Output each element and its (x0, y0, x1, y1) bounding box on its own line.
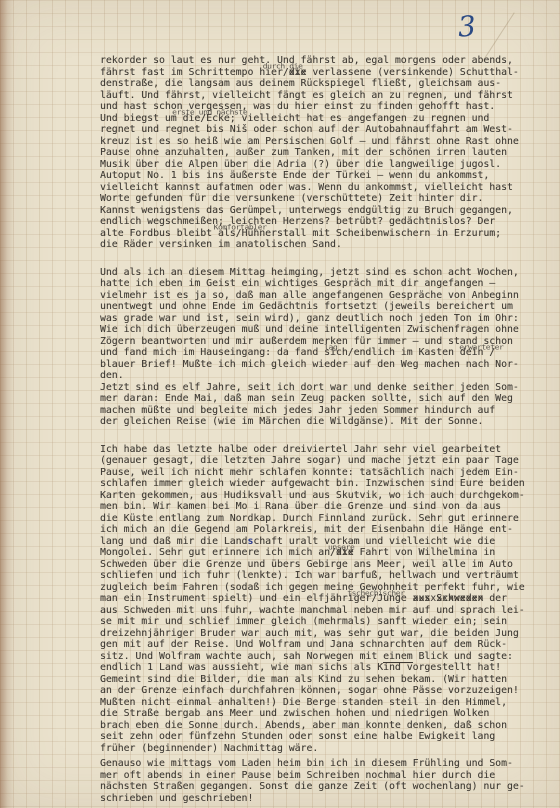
typed-text-segment: endlich 1 Land was aussieht, wie man sic… (100, 662, 501, 673)
typewritten-line: läuft. Und fährst, vielleicht fängt es g… (100, 90, 525, 102)
typed-text-segment: den. (100, 370, 124, 381)
typed-text-segment: men bin. Wir kamen bei Mo i Rana über di… (100, 501, 501, 512)
typed-text-segment: mer daran: Ende Mai, daß man sein Zeug p… (100, 393, 513, 404)
typed-text-segment: seit zehn oder fünfzehn Stunden oder son… (100, 731, 495, 742)
typewritten-line: und hast schon vergessen, was du hier ei… (100, 101, 525, 113)
typewritten-line: Gemeint sind die Bilder, die man als Kin… (100, 674, 525, 686)
typed-text-segment: denstraße, die langsam aus deinem Rücksp… (100, 78, 501, 89)
typewritten-line: und fand mich im Hauseingang: da fand la… (100, 347, 525, 359)
typewritten-line: kreuz ist es so heiß wie am Persischen G… (100, 136, 525, 148)
typed-text-segment: die Räder versinken im anatolischen Sand… (100, 239, 342, 250)
typed-text-segment: und fand mich im Hauseingang: da fand (100, 347, 324, 358)
overtype-x-marks: xxxxxxxxxxxx (413, 593, 484, 605)
typed-text-segment: an der Grenze einfach durchfahren können… (100, 685, 519, 696)
typewritten-line: hatte ich eben im Geist ein wichtiges Ge… (100, 278, 525, 290)
overtype-x-marks: xxx (289, 67, 307, 79)
paragraph: rekorder so laut es nur geht. Und fährst… (100, 55, 525, 251)
typewritten-line: dreizehnjähriger Bruder war auch mit, wa… (100, 628, 525, 640)
typed-text-segment: Worte gefunden für die versunkene (versc… (100, 193, 483, 204)
typewritten-line: Pause ohne anzuhalten, außer zum Tanken,… (100, 147, 525, 159)
typed-text-segment: unentwegt und ohne Ende im Gedächtnis fo… (100, 301, 513, 312)
handwritten-insertion: erste und nächste (172, 107, 247, 118)
typewritten-line: sitz. Und Wolfram wachte auch, sah Norwe… (100, 651, 525, 663)
typed-text-segment: sitz. Und Wolfram wachte auch, sah Norwe… (100, 651, 383, 662)
typewritten-line: Kannst wenigstens das Gerümpel, unterweg… (100, 205, 525, 217)
typewritten-line: endlich wegschmeißen; leichten Herzens? … (100, 216, 525, 228)
typewritten-line: aus Schweden mit uns fuhr, wachte manchm… (100, 605, 525, 617)
typed-text-segment: fährst fast im Schrittempo hier/ (100, 67, 289, 78)
typed-text-segment: nächsten Straßen gegangen. Sonst die gan… (100, 781, 525, 792)
overtype-x-marks: xxx (336, 547, 354, 559)
typewritten-line: ich mich an die Gegend am Polarkreis, mi… (100, 524, 525, 536)
typed-text-segment: Mongolei. Sehr gut erinnere ich mich an/ (100, 547, 336, 558)
typewritten-line: den. (100, 370, 525, 382)
typed-text-segment: vielmehr ist es ja so, daß man alle ange… (100, 290, 519, 301)
typed-text-segment: Musik über die Alpen über die Adria (?) … (100, 159, 501, 170)
typewritten-line: mer daran: Ende Mai, daß man sein Zeug p… (100, 393, 525, 405)
typed-text-segment: se mit mir und schlief immer gleich (meh… (100, 616, 507, 627)
typewritten-line: se mit mir und schlief immer gleich (meh… (100, 616, 525, 628)
typed-text-segment: Pause, weil ich nicht mehr schlafen konn… (100, 467, 519, 478)
typed-text-segment: endlich wegschmeißen; leichten Herzens? … (100, 216, 495, 227)
typed-text-segment: Ich habe das letzte halbe oder dreiviert… (100, 444, 501, 455)
typed-text-segment: Hühnerstall mit Scheibenwischern in Erzu… (242, 228, 502, 239)
typed-text-segment: schrieben und geschrieben! (100, 793, 253, 804)
typed-text-segment: läuft. Und fährst, vielleicht fängt es g… (100, 90, 513, 101)
typewritten-line: früher (beginnender) Nachmittag wäre. (100, 743, 525, 755)
typewritten-line: blauer Brief! Mußte ich mich gleich wied… (100, 359, 525, 371)
typed-text-segment: hatte ich eben im Geist ein wichtiges Ge… (100, 278, 495, 289)
typewritten-line: Autoput No. 1 bis ins äußerste Ende der … (100, 170, 525, 182)
typed-text-segment: und hast schon vergessen, was du hier ei… (100, 101, 495, 112)
typed-text-segment: Kannst wenigstens das Gerümpel, unterweg… (100, 205, 513, 216)
typewritten-line: denstraße, die langsam aus deinem Rücksp… (100, 78, 525, 90)
typed-text-segment: lang und daß mir die Land (100, 536, 247, 547)
handwritten-insertion: erwarteter (459, 341, 503, 352)
typewritten-line: unentwegt und ohne Ende im Gedächtnis fo… (100, 301, 525, 313)
typewritten-line: schrieben und geschrieben! (100, 793, 525, 805)
typed-text-segment: die Straße bergab ans Meer und zwischen … (100, 708, 489, 719)
typewritten-line: Worte gefunden für die versunkene (versc… (100, 193, 525, 205)
typewritten-line: machen müßte und begleite mich jedes Jah… (100, 405, 525, 417)
typed-text-segment: regnet und regnet bis Niš oder schon auf… (100, 124, 513, 135)
typed-text-segment: Zögern beantworten und mir außerdem merk… (100, 336, 513, 347)
typewritten-line: alte Fordbus bleibt als/KomfortablerHühn… (100, 228, 525, 240)
typewritten-line: nächsten Straßen gegangen. Sonst die gan… (100, 781, 525, 793)
typewritten-line: was grade war und ist, sein wird), ganz … (100, 313, 525, 325)
typewritten-line: Ich habe das letzte halbe oder dreiviert… (100, 444, 525, 456)
typed-text-segment: früher (beginnender) Nachmittag wäre. (100, 743, 318, 754)
typed-text-segment: Autoput No. 1 bis ins äußerste Ende der … (100, 170, 489, 181)
typewritten-line: Mußten nicht einmal anhalten!) Die Berge… (100, 697, 525, 709)
typed-text-segment: Ecke; vielleicht hat es angefangen zu re… (206, 113, 489, 124)
typewritten-line: der gleichen Reise (wie im Märchen die W… (100, 416, 525, 428)
typed-text-segment: Genauso wie mittags vom Laden heim bin i… (100, 758, 513, 769)
typewritten-line: brach eben die Sonne durch. Abends, aber… (100, 720, 525, 732)
typewritten-line: Und biegst um die/erste und nächsteEcke;… (100, 113, 525, 125)
typewritten-line: lang und daß mir die Landschaft uralt vo… (100, 536, 525, 548)
typed-text-segment: rekorder so laut es nur geht. Und fährst… (100, 55, 513, 66)
paragraph: Genauso wie mittags vom Laden heim bin i… (100, 758, 525, 804)
typewritten-line: Genauso wie mittags vom Laden heim bin i… (100, 758, 525, 770)
typewritten-line: Karten gekommen, aus Hudiksvall und aus … (100, 490, 525, 502)
typewritten-line: die Räder versinken im anatolischen Sand… (100, 239, 525, 251)
typed-text-segment: die Küste entlang zum Nordkap. Durch Fin… (100, 513, 519, 524)
typed-text-segment: aus Schweden mit uns fuhr, wachte manchm… (100, 605, 525, 616)
typed-text-segment: Schweden über die Grenze und übers Gebir… (100, 559, 513, 570)
handwritten-insertion: Komfortabler (214, 222, 267, 233)
typed-text-segment: ich mich an die Gegend am Polarkreis, mi… (100, 524, 513, 535)
paragraph: Ich habe das letzte halbe oder dreiviert… (100, 444, 525, 755)
typewritten-line: Schweden über die Grenze und übers Gebir… (100, 559, 525, 571)
typewritten-line: endlich 1 Land was aussieht, wie man sic… (100, 662, 525, 674)
typewritten-line: rekorder so laut es nur geht. Und fährst… (100, 55, 525, 67)
typed-text-segment: Und als ich an diesem Mittag heimging, j… (100, 267, 519, 278)
handwritten-insertion: tschechischer (347, 587, 404, 598)
typed-text-segment: was grade war und ist, sein wird), ganz … (100, 313, 519, 324)
typed-text-segment: schliefen und ich fuhr (lenkte). Ich war… (100, 570, 519, 581)
typewritten-line: die Straße bergab ans Meer und zwischen … (100, 708, 525, 720)
typed-text: rekorder so laut es nur geht. Und fährst… (100, 55, 525, 804)
typed-text-segment: Jetzt sind es elf Jahre, seit ich dort w… (100, 382, 519, 393)
typed-text-segment: gen mit auf der Reise. Und Wolfram und J… (100, 639, 507, 650)
page-number: 3 (457, 9, 477, 43)
overtyped-deletion: aus Schwedenxxxxxxxxxxxx (413, 593, 484, 605)
typed-text-segment: der gleichen Reise (wie im Märchen die W… (100, 416, 483, 427)
typewritten-line: schlafen immer gleich wieder aufgewacht … (100, 478, 525, 490)
typed-text-segment: Blick und sagte: (413, 651, 513, 662)
typewritten-line: gen mit auf der Reise. Und Wolfram und J… (100, 639, 525, 651)
typed-text-segment: Wie ich dich überzeugen muß und deine in… (100, 324, 519, 335)
typed-text-segment: brach eben die Sonne durch. Abends, aber… (100, 720, 507, 731)
typewritten-line: mer oft abends in einer Pause beim Schre… (100, 770, 525, 782)
typewritten-line: regnet und regnet bis Niš oder schon auf… (100, 124, 525, 136)
typed-text-segment: dreizehnjähriger Bruder war auch mit, wa… (100, 628, 519, 639)
typed-text-segment: zugleich beim Fahren (sodaß ich gegen me… (100, 582, 525, 593)
typed-text-segment: der (483, 593, 507, 604)
typed-text-segment: Fahrt von Wilhelmina in (354, 547, 496, 558)
overtyped-deletion: diexxx (336, 547, 354, 559)
handwritten-insertion: lag (324, 341, 337, 352)
typewritten-line: seit zehn oder fünfzehn Stunden oder son… (100, 731, 525, 743)
typed-text-segment: Mußten nicht einmal anhalten!) Die Berge… (100, 697, 507, 708)
typed-text-segment: (genauer gesagt, die letzten Jahre sogar… (100, 455, 519, 466)
typewritten-line: fährst fast im Schrittempo hier/durch di… (100, 67, 525, 79)
typewritten-line: schliefen und ich fuhr (lenkte). Ich war… (100, 570, 525, 582)
typed-text-segment: machen müßte und begleite mich jedes Jah… (100, 405, 495, 416)
typed-text-segment: mer oft abends in einer Pause beim Schre… (100, 770, 495, 781)
typewritten-line: men bin. Wir kamen bei Mo i Rana über di… (100, 501, 525, 513)
typed-text-segment: verlassene (versinkende) Schutthal- (306, 67, 518, 78)
underlined-word: einem (383, 651, 413, 663)
typed-text-segment: Pause ohne anzuhalten, außer zum Tanken,… (100, 147, 507, 158)
typed-text-segment: man ein Instrument spielt) und ein elfjä… (100, 593, 377, 604)
typewritten-line: Jetzt sind es elf Jahre, seit ich dort w… (100, 382, 525, 394)
letter-page: 3 rekorder so laut es nur geht. Und fähr… (0, 0, 560, 808)
typed-text-segment: Karten gekommen, aus Hudiksvall und aus … (100, 490, 525, 501)
typewritten-line: man ein Instrument spielt) und ein elfjä… (100, 593, 525, 605)
typed-text-segment: vielleicht kannst aufatmen oder was. Wen… (100, 182, 513, 193)
typewritten-line: die Küste entlang zum Nordkap. Durch Fin… (100, 513, 525, 525)
typewritten-line: vielmehr ist es ja so, daß man alle ange… (100, 290, 525, 302)
typewritten-line: (genauer gesagt, die letzten Jahre sogar… (100, 455, 525, 467)
typewritten-line: Mongolei. Sehr gut erinnere ich mich an/… (100, 547, 525, 559)
typed-text-segment: schlafen immer gleich wieder aufgewacht … (100, 478, 525, 489)
typewritten-line: Und als ich an diesem Mittag heimging, j… (100, 267, 525, 279)
typewritten-line: vielleicht kannst aufatmen oder was. Wen… (100, 182, 525, 194)
typed-text-segment: kreuz ist es so heiß wie am Persischen G… (100, 136, 519, 147)
typewritten-line: zugleich beim Fahren (sodaß ich gegen me… (100, 582, 525, 594)
overtyped-deletion: diexxx (289, 67, 307, 79)
typewritten-line: Wie ich dich überzeugen muß und deine in… (100, 324, 525, 336)
typed-text-segment: blauer Brief! Mußte ich mich gleich wied… (100, 359, 519, 370)
page-left-edge (0, 0, 14, 808)
paragraph: Und als ich an diesem Mittag heimging, j… (100, 267, 525, 428)
typewritten-line: Musik über die Alpen über die Adria (?) … (100, 159, 525, 171)
typewritten-line: Pause, weil ich nicht mehr schlafen konn… (100, 467, 525, 479)
typewritten-line: an der Grenze einfach durchfahren können… (100, 685, 525, 697)
typed-text-segment: Gemeint sind die Bilder, die man als Kin… (100, 674, 507, 685)
typed-text-segment: chaft uralt vorkam und vielleicht wie di… (253, 536, 495, 547)
